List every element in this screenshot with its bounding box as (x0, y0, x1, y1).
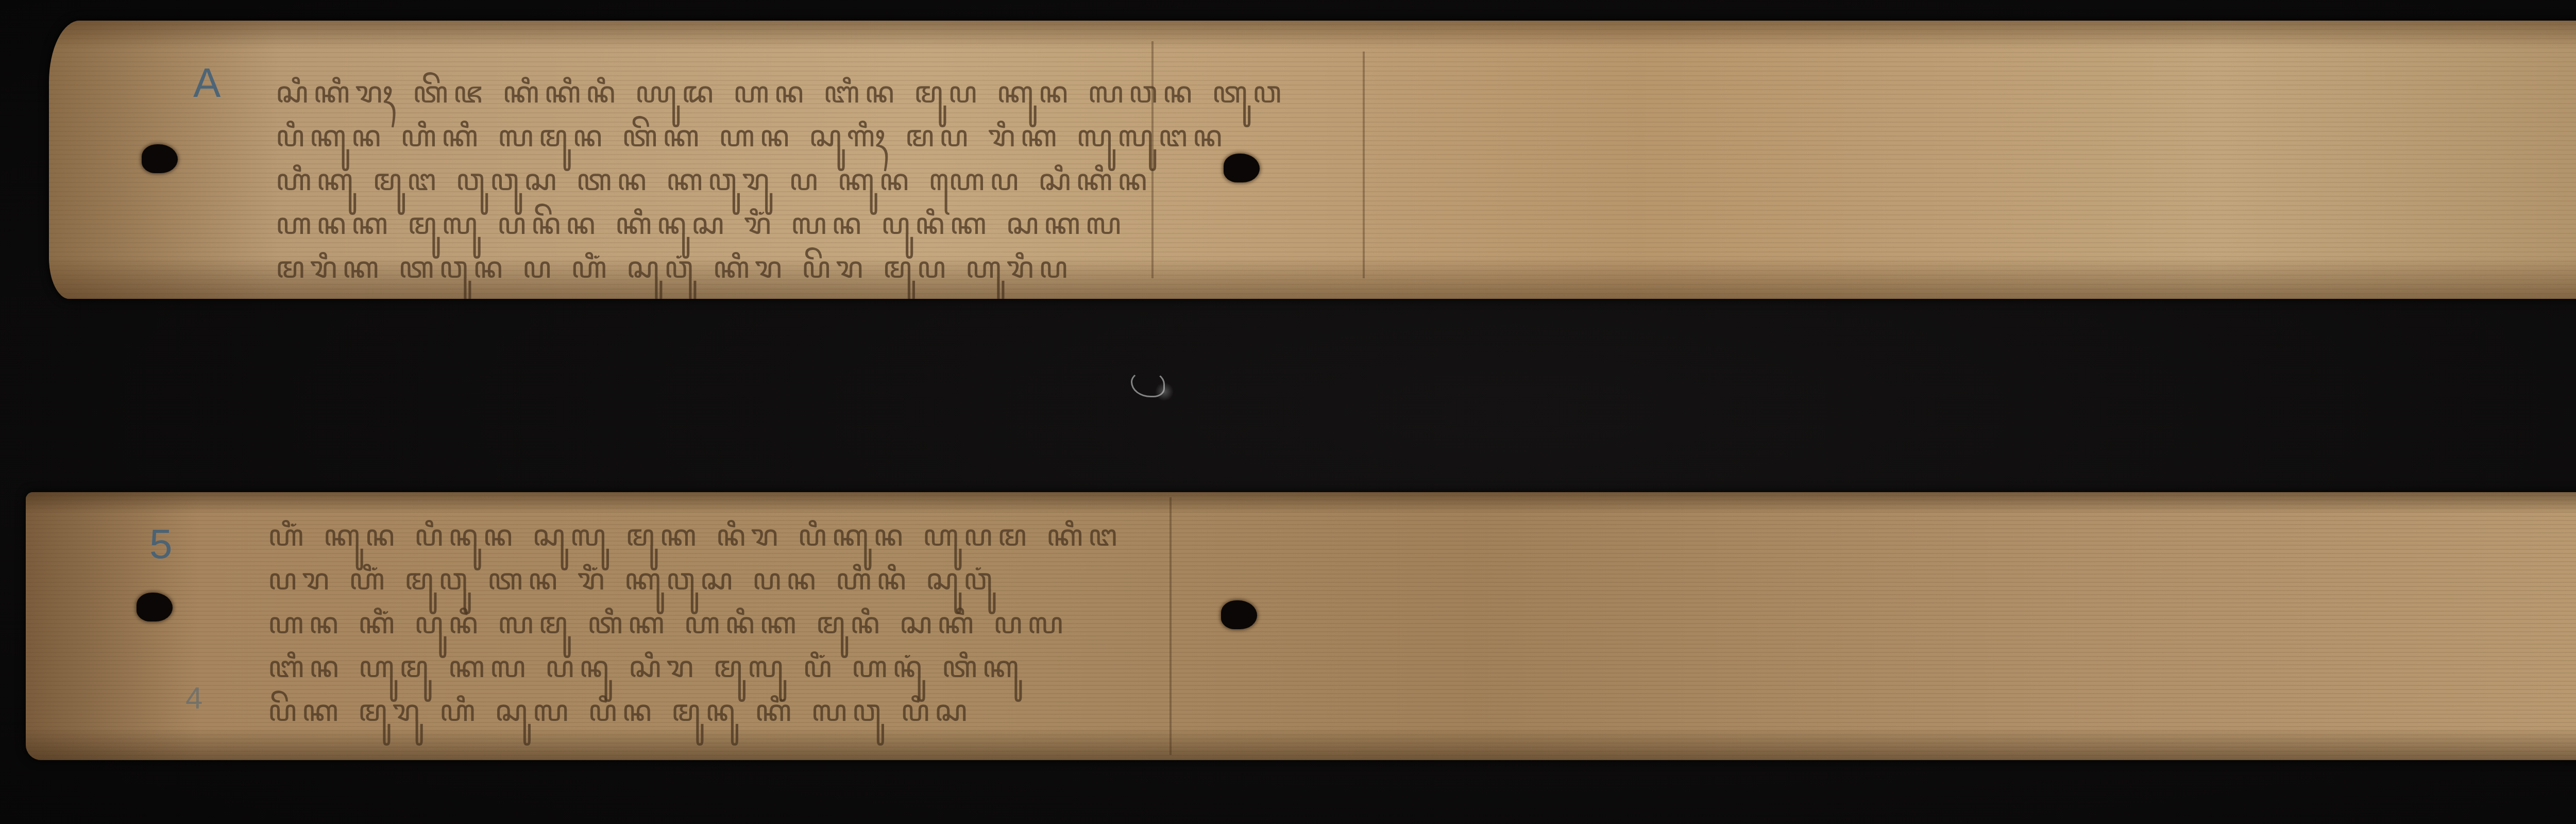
string-hole-center (1221, 600, 1257, 629)
string-hole-left (137, 593, 173, 621)
script-line-5: ꦩꦫꦶꦏ ꦠꦮꦸꦤ ꦥ ꦲꦶꦁ ꦱꦸꦮꦸꦁ ꦏꦶꦫ ꦥꦼꦫ ꦩꦸꦥ ꦲꦸꦫꦶꦥ (276, 245, 1073, 299)
folio-letter-a: A (193, 59, 221, 107)
palm-leaf-folio-top: A 4 3 ꦱꦶꦏꦶꦫꦃ ꦠꦼꦗ ꦏꦶꦏꦶꦤꦶ ꦪꦸꦢ ꦲꦤ ꦧꦶꦤ ꦩꦸꦥ ꦏ… (49, 21, 2576, 299)
leaf-crease (1363, 52, 1365, 278)
leaf-crease (1170, 497, 1172, 755)
folio-number-left: 5 (149, 520, 173, 568)
script-line-5: ꦥꦼꦏ ꦩꦸꦫꦸ ꦲꦶ ꦱꦸꦭ ꦥꦶꦤ ꦩꦸꦤꦸ ꦏꦶꦁ ꦭꦮꦸ ꦥꦶꦱ (268, 688, 972, 749)
folio-lower-mark-left: 4 (185, 680, 202, 716)
string-hole-center (1224, 154, 1260, 182)
string-hole-left (142, 144, 178, 173)
palm-leaf-folio-bottom: 5 5 4 4 ꦲꦶꦁ ꦏꦸꦤ ꦥꦶꦤꦸꦤ ꦱꦸꦭꦸ ꦩꦸꦏ ꦤꦶꦫ ꦥꦶꦏꦸꦤ… (26, 492, 2576, 760)
